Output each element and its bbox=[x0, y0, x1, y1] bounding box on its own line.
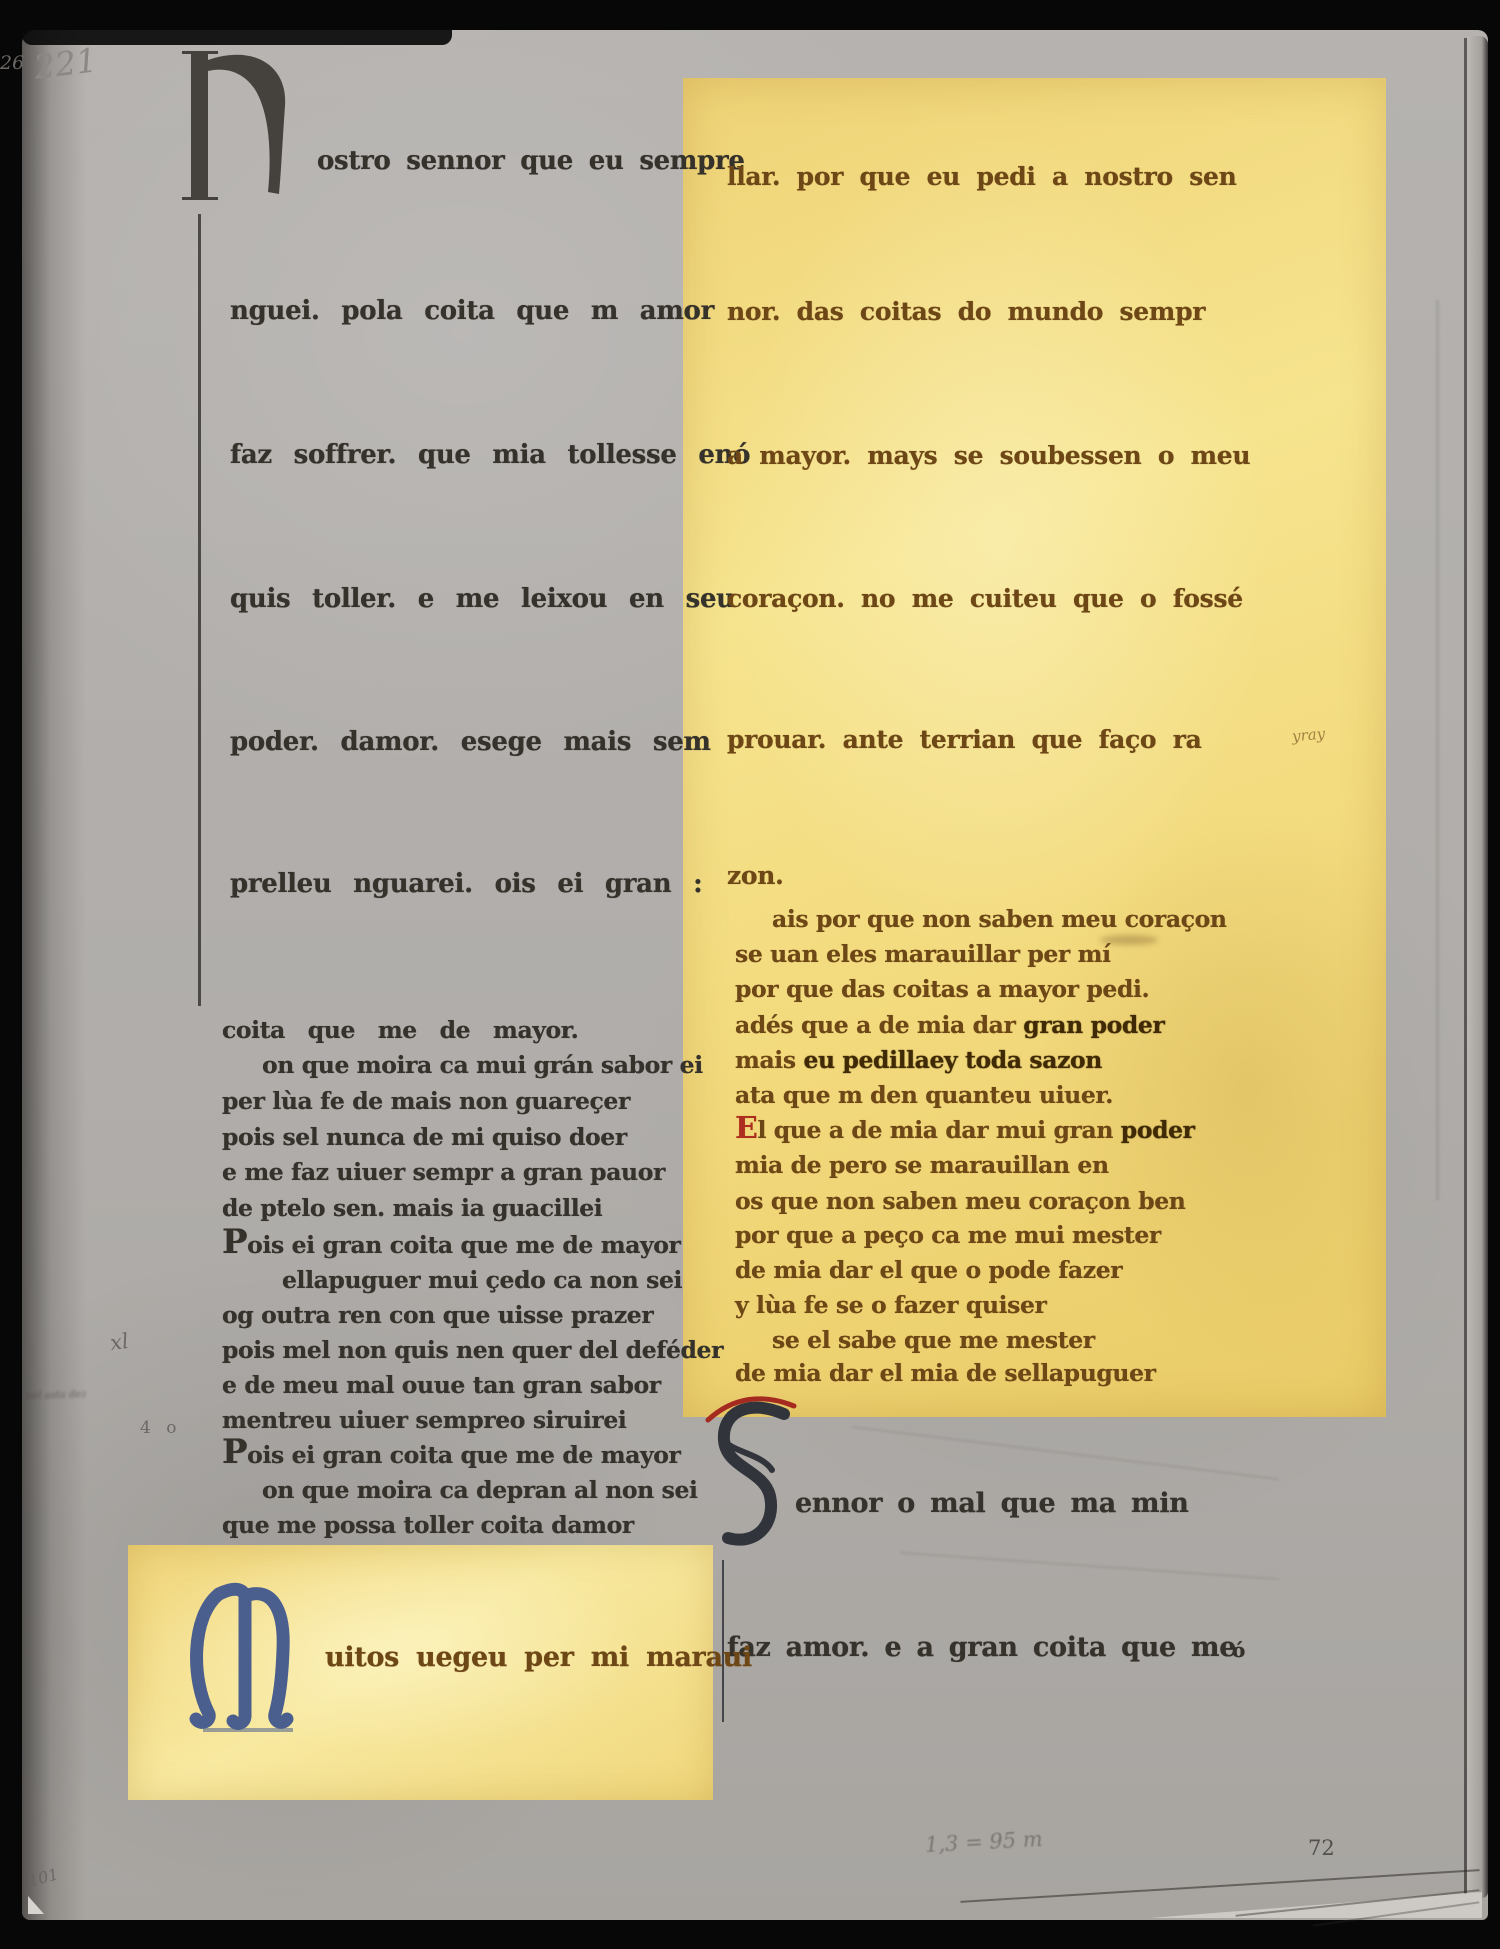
verse-line: que me possa toller coita damor bbox=[222, 1511, 634, 1539]
verse-line: e me faz uiuer sempr a gran pauor bbox=[222, 1158, 665, 1186]
verse-line: se el sabe que me mester bbox=[772, 1326, 1095, 1354]
right-bottom-line: ennor o mal que ma min bbox=[795, 1488, 1189, 1519]
verse-line: de mia dar el que o pode fazer bbox=[735, 1256, 1122, 1284]
margin-mark-xl: xl bbox=[108, 1329, 130, 1355]
page-edge-strip bbox=[1467, 36, 1488, 1898]
illuminated-initial-s bbox=[702, 1392, 810, 1570]
left-music-line: nguei. pola coita que m amor bbox=[230, 296, 714, 326]
verse-line: Pois ei gran coita que me de mayor bbox=[222, 1231, 681, 1259]
verse-line: og outra ren con que uisse prazer bbox=[222, 1301, 653, 1329]
verse-line: coita que me de mayor. bbox=[222, 1016, 578, 1044]
verse-text: adés que a de mia dar bbox=[735, 1011, 1023, 1039]
verse-line: ais por que non saben meu coraçon bbox=[772, 905, 1227, 933]
red-initial: E bbox=[735, 1111, 757, 1146]
verse-line: on que moira ca depran al non sei bbox=[262, 1476, 698, 1504]
parchment-crease bbox=[1436, 300, 1439, 1200]
left-music-line: prelleu nguarei. ois ei gran : bbox=[230, 869, 702, 899]
verse-line: se uan eles marauillar per mí bbox=[735, 940, 1111, 968]
verse-line: e de meu mal ouue tan gran sabor bbox=[222, 1371, 661, 1399]
manuscript-photo: 221 26 xl nel asta dez 4 o 1,3 = 95 m 72… bbox=[0, 0, 1500, 1949]
verse-line: adés que a de mia dar gran poder bbox=[735, 1011, 1164, 1039]
verse-line: pois sel nunca de mi quiso doer bbox=[222, 1123, 627, 1151]
verse-line: y lùa fe se o fazer quiser bbox=[735, 1291, 1047, 1319]
margin-smudge: nel asta dez bbox=[26, 1389, 87, 1402]
verse-line: por que das coitas a mayor pedi. bbox=[735, 975, 1149, 1003]
initial-s-descender bbox=[722, 1560, 724, 1722]
verse-text: ois ei gran coita que me de mayor bbox=[247, 1231, 680, 1259]
right-music-line: zon. bbox=[727, 861, 784, 890]
verse-line: mia de pero se marauillan en bbox=[735, 1151, 1109, 1179]
verse-line: mentreu uiuer sempreo siruirei bbox=[222, 1406, 626, 1434]
illuminated-initial-m bbox=[183, 1580, 315, 1740]
right-bottom-line: faz amor. e a gran coita que me bbox=[727, 1632, 1236, 1663]
left-music-line: quis toller. e me leixou en seu bbox=[230, 584, 735, 614]
margin-mark-forty: 4 o bbox=[140, 1418, 181, 1438]
verse-line: on que moira ca mui grán sabor ei bbox=[262, 1051, 703, 1079]
right-music-line: prouar. ante terrian que faço ra bbox=[727, 725, 1201, 754]
verse-line: El que a de mia dar mui gran poder bbox=[735, 1116, 1195, 1144]
right-music-line: nor. das coitas do mundo sempr bbox=[727, 297, 1205, 326]
folio-number-pencil: 221 bbox=[32, 40, 99, 86]
verse-text-bold: poder bbox=[1121, 1116, 1195, 1144]
verse-line: de ptelo sen. mais ia guacillei bbox=[222, 1194, 602, 1222]
verse-text-bold: gran poder bbox=[1023, 1011, 1164, 1039]
page-number: 72 bbox=[1308, 1836, 1335, 1860]
verse-text: ois ei gran coita que me de mayor bbox=[247, 1441, 680, 1469]
verse-line: por que a peço ca me mui mester bbox=[735, 1221, 1161, 1249]
illuminated-initial-n bbox=[182, 40, 304, 212]
book-spine-shadow bbox=[22, 30, 86, 1920]
right-margin-scribble: yray bbox=[1291, 725, 1326, 746]
verse-line: mais eu pedillaey toda sazon bbox=[735, 1046, 1102, 1074]
edge-mark: 26 bbox=[0, 52, 24, 74]
verse-initial: P bbox=[222, 1222, 247, 1262]
right-music-line: llar. por que eu pedi a nostro sen bbox=[727, 162, 1237, 191]
left-music-line: ostro sennor que eu sempre bbox=[317, 146, 745, 176]
initial-descender-rule bbox=[198, 214, 201, 1006]
verse-line: os que non saben meu coraçon ben bbox=[735, 1187, 1185, 1215]
verse-text: l que a de mia dar mui gran bbox=[757, 1116, 1120, 1144]
left-music-line: poder. damor. esege mais sem bbox=[230, 727, 711, 757]
verse-line: ata que m den quanteu uiuer. bbox=[735, 1081, 1113, 1109]
verse-line: per lùa fe de mais non guareçer bbox=[222, 1087, 630, 1115]
stray-mark: ó bbox=[1232, 1638, 1245, 1662]
verse-text-bold: eu pedillaey toda sazon bbox=[803, 1046, 1102, 1074]
verse-line: pois mel non quis nen quer del deféder bbox=[222, 1336, 723, 1364]
left-music-line: faz soffrer. que mia tollesse enó bbox=[230, 440, 750, 470]
right-music-line: coraçon. no me cuiteu que o fossé bbox=[727, 584, 1243, 613]
right-music-line: a mayor. mays se soubessen o meu bbox=[727, 441, 1250, 470]
verse-text: mais bbox=[735, 1046, 803, 1074]
bottom-highlight-line: uitos uegeu per mi maraui bbox=[325, 1642, 752, 1673]
verse-line: de mia dar el mia de sellapuguer bbox=[735, 1359, 1156, 1387]
verse-initial: P bbox=[222, 1432, 247, 1472]
verse-line: ellapuguer mui çedo ca non sei bbox=[282, 1266, 682, 1294]
verse-line: Pois ei gran coita que me de mayor bbox=[222, 1441, 681, 1469]
